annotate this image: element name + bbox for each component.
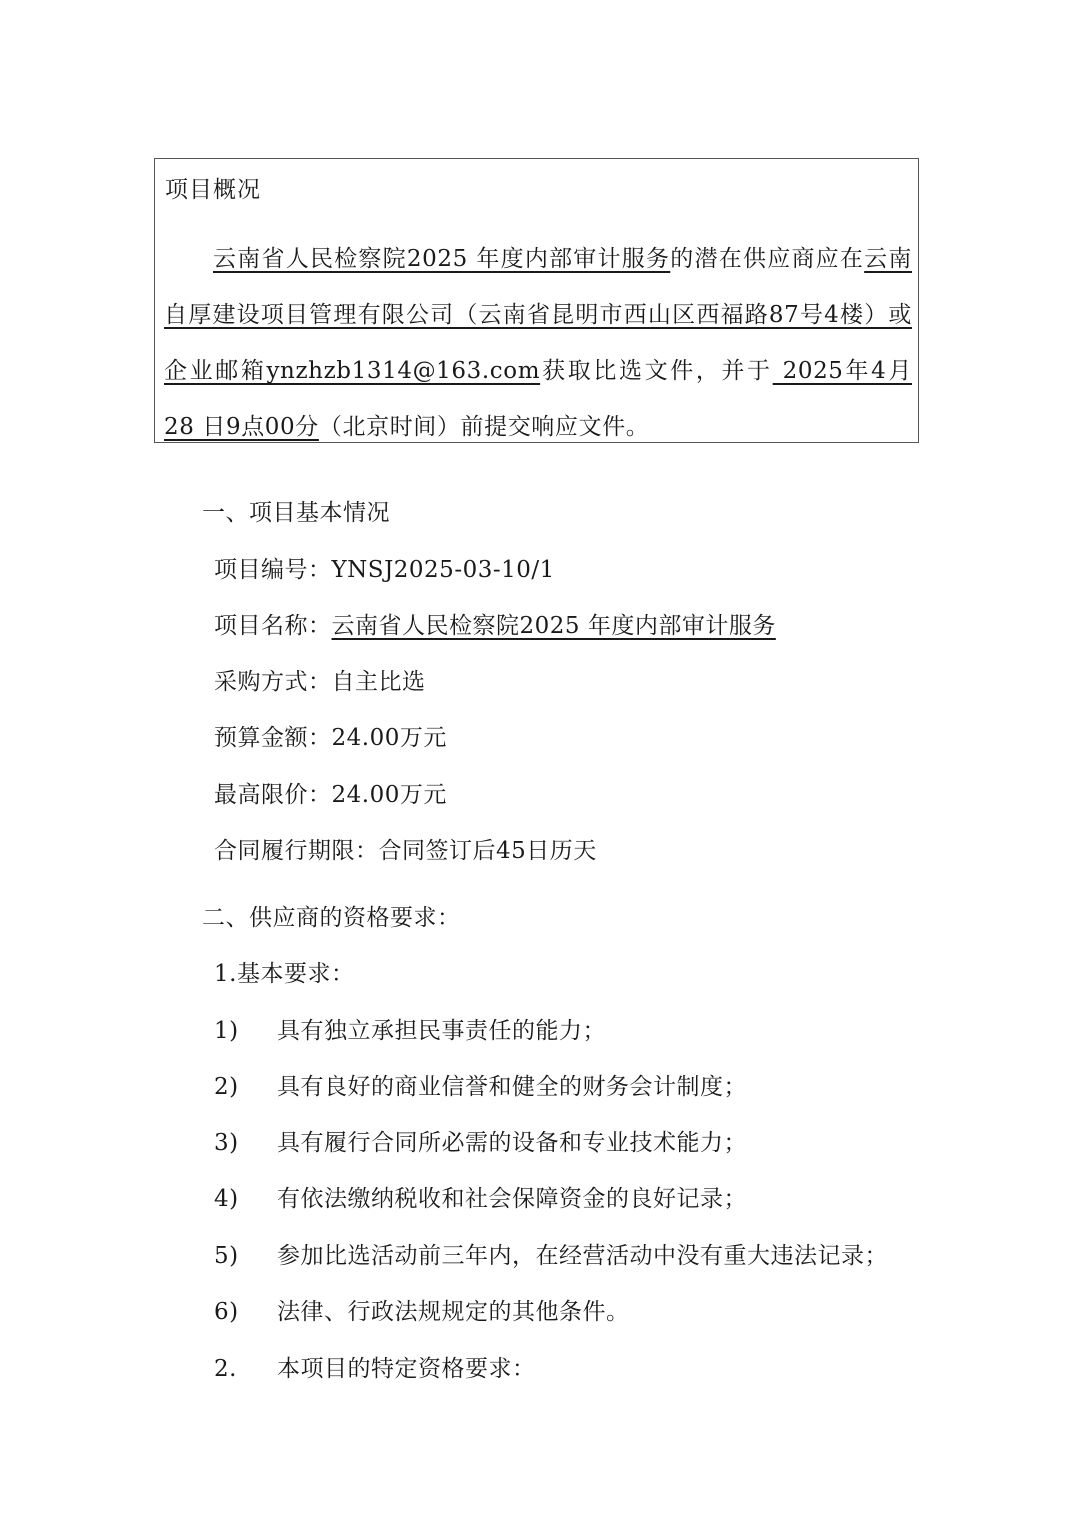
- field-project-number: 项目编号：YNSJ2025-03-10/1: [214, 555, 555, 585]
- item-number: 3): [214, 1128, 239, 1158]
- item-text: 有依法缴纳税收和社会保障资金的良好记录；: [277, 1184, 747, 1214]
- field-label: 项目编号：: [214, 557, 332, 583]
- section2-heading: 二、供应商的资格要求：: [202, 903, 461, 933]
- overview-paragraph: 云南省人民检察院2025 年度内部审计服务的潜在供应商应在云南自厚建设项目管理有…: [164, 231, 912, 455]
- field-label: 预算金额：: [214, 725, 332, 751]
- field-contract-period: 合同履行期限：合同签订后45日历天: [214, 836, 597, 866]
- field-value: 云南省人民检察院2025 年度内部审计服务: [332, 613, 776, 639]
- item-text: 具有独立承担民事责任的能力；: [277, 1016, 606, 1046]
- field-value: 自主比选: [332, 669, 426, 695]
- field-project-name: 项目名称：云南省人民检察院2025 年度内部审计服务: [214, 611, 776, 641]
- project-name-link: 云南省人民检察院2025 年度内部审计服务: [213, 246, 670, 272]
- field-label: 采购方式：: [214, 669, 332, 695]
- item-text: 具有良好的商业信誉和健全的财务会计制度；: [277, 1072, 747, 1102]
- overview-text: 获取比选文件，并于: [540, 358, 773, 384]
- item-number: 4): [214, 1184, 239, 1214]
- basic-requirements-heading: 1.基本要求：: [214, 959, 354, 989]
- item-text: 参加比选活动前三年内，在经营活动中没有重大违法记录；: [277, 1241, 888, 1271]
- item-text: 具有履行合同所必需的设备和专业技术能力；: [277, 1128, 747, 1158]
- section1-heading: 一、项目基本情况: [202, 498, 390, 528]
- item-text: 本项目的特定资格要求：: [277, 1354, 536, 1384]
- field-procurement-method: 采购方式：自主比选: [214, 667, 426, 697]
- project-overview-box: 项目概况 云南省人民检察院2025 年度内部审计服务的潜在供应商应在云南自厚建设…: [154, 158, 919, 443]
- item-number: 2.: [214, 1354, 237, 1384]
- overview-title: 项目概况: [165, 175, 261, 205]
- field-value: YNSJ2025-03-10/1: [332, 557, 555, 583]
- item-number: 2): [214, 1072, 239, 1102]
- field-label: 合同履行期限：: [214, 838, 379, 864]
- overview-text: （北京时间）前提交响应文件。: [319, 414, 649, 440]
- field-max-price: 最高限价：24.00万元: [214, 780, 447, 810]
- field-value: 24.00万元: [332, 725, 447, 751]
- item-text: 法律、行政法规规定的其他条件。: [277, 1297, 630, 1327]
- field-value: 合同签订后45日历天: [379, 838, 597, 864]
- item-number: 1): [214, 1016, 239, 1046]
- item-number: 6): [214, 1297, 239, 1327]
- field-label: 最高限价：: [214, 782, 332, 808]
- item-number: 5): [214, 1241, 239, 1271]
- field-label: 项目名称：: [214, 613, 332, 639]
- overview-text: 的潜在供应商应在: [670, 246, 864, 272]
- field-budget: 预算金额：24.00万元: [214, 723, 447, 753]
- field-value: 24.00万元: [332, 782, 447, 808]
